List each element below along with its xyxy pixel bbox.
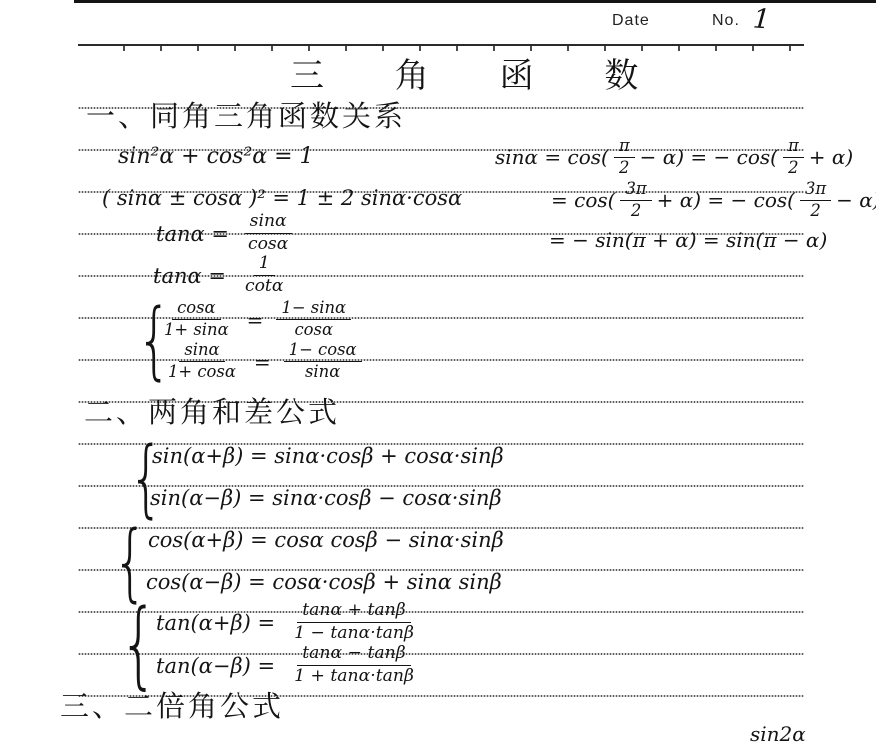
fraction-denominator: 1 + tanα·tanβ [289, 666, 419, 687]
formula-text: − α) [836, 188, 876, 212]
formula-cos-diff: cos(α−β) = cosα·cosβ + sinα sinβ [146, 570, 502, 594]
fraction-denominator: sinα [300, 362, 345, 382]
fraction-numerator: 1− cosα [284, 341, 362, 362]
formula-ratio-row1: cosα1+ sinα = 1− sinαcosα [154, 297, 356, 342]
fraction: 1cotα [240, 254, 289, 297]
fraction: tanα − tanβ1 + tanα·tanβ [289, 644, 419, 687]
fraction-numerator: tanα + tanβ [297, 601, 410, 623]
fraction: sinαcosα [243, 212, 293, 255]
formula-text: cos(α+β) = cosα cosβ − sinα·sinβ [148, 528, 504, 552]
date-label: Date [612, 12, 650, 30]
fraction-denominator: 2 [805, 201, 825, 221]
notebook-page: Date No. 1 三 角 函 数 一、同角三角函数关系 sin²α + co… [0, 0, 876, 745]
fraction-denominator: cosα [289, 320, 338, 340]
fraction-numerator: 1− sinα [276, 299, 351, 320]
formula-text: = − sin(π + α) = sin(π − α) [549, 228, 827, 252]
fraction-denominator: 2 [783, 158, 803, 178]
formula-tan-diff: tan(α−β) = tanα − tanβ1 + tanα·tanβ [156, 643, 424, 688]
formula-lhs: tan(α−β) = [156, 654, 275, 678]
fraction: π2 [783, 137, 804, 178]
formula-cofunction-row2: = cos( 3π2 + α) = − cos( 3π2 − α) [551, 182, 876, 218]
formula-text: sin(α−β) = sinα·cosβ − cosα·sinβ [150, 486, 502, 510]
fraction-numerator: 3π [800, 180, 831, 201]
formula-text: sinα = cos( [495, 145, 609, 169]
formula-text: ( sinα ± cosα )² = 1 ± 2 sinα·cosα [102, 186, 462, 210]
formula-double-angle-fragment: sin2α [750, 722, 806, 745]
fraction-denominator: 1 − tanα·tanβ [289, 623, 419, 644]
formula-ratio-row2: sinα1+ cosα = 1− cosαsinα [158, 339, 367, 384]
fraction-denominator: 1+ sinα [159, 320, 234, 340]
fraction: π2 [614, 137, 635, 178]
fraction-denominator: cotα [240, 276, 289, 297]
formula-cofunction-row1: sinα = cos( π2 − α) = − cos( π2 + α) [495, 139, 853, 175]
fraction: 1− sinαcosα [276, 299, 351, 340]
curly-brace-icon: { [119, 597, 157, 691]
formula-lhs: tan(α+β) = [156, 611, 275, 635]
fraction-numerator: sinα [245, 212, 292, 234]
fraction-denominator: 1+ cosα [163, 362, 241, 382]
fraction-numerator: tanα − tanβ [297, 644, 410, 666]
formula-text: sin²α + cos²α = 1 [118, 144, 314, 169]
equals-sign: = [254, 350, 271, 374]
formula-text: + α) = − cos( [657, 188, 795, 212]
fraction: 3π2 [620, 180, 651, 221]
formula-sin-diff: sin(α−β) = sinα·cosβ − cosα·sinβ [150, 486, 502, 510]
section3-heading: 三、二倍角公式 [60, 684, 284, 725]
formula-text: + α) [809, 145, 853, 169]
page-title: 三 角 函 数 [290, 48, 668, 97]
fraction-denominator: cosα [243, 234, 293, 255]
section1-heading: 一、同角三角函数关系 [86, 94, 406, 135]
formula-text: − α) = − cos( [640, 145, 778, 169]
page-top-edge-line [74, 0, 876, 3]
formula-text: = cos( [551, 188, 615, 212]
fraction-denominator: 2 [614, 158, 634, 178]
formula-tan-quotient: tanα = sinαcosα [156, 211, 298, 256]
formula-square-sum: ( sinα ± cosα )² = 1 ± 2 sinα·cosα [102, 186, 462, 210]
formula-cofunction-row3: = − sin(π + α) = sin(π − α) [549, 228, 827, 252]
page-number-value: 1 [752, 3, 771, 35]
fraction-numerator: π [614, 137, 635, 158]
formula-lhs: tanα = [156, 222, 229, 246]
formula-tan-sum: tan(α+β) = tanα + tanβ1 − tanα·tanβ [156, 600, 424, 645]
formula-pythagorean: sin²α + cos²α = 1 [118, 144, 314, 169]
fraction-denominator: 2 [626, 201, 646, 221]
formula-sin-sum: sin(α+β) = sinα·cosβ + cosα·sinβ [152, 444, 504, 468]
fraction: sinα1+ cosα [163, 341, 241, 382]
fraction: 3π2 [800, 180, 831, 221]
fraction-numerator: π [783, 137, 804, 158]
fraction-numerator: 3π [620, 180, 651, 201]
formula-text: sin2α [750, 722, 806, 745]
fraction-numerator: 1 [254, 254, 275, 276]
equals-sign: = [247, 308, 264, 332]
fraction-numerator: cosα [172, 299, 221, 320]
section2-heading: 二、两角和差公式 [84, 390, 340, 431]
fraction: tanα + tanβ1 − tanα·tanβ [289, 601, 419, 644]
formula-text: cos(α−β) = cosα·cosβ + sinα sinβ [146, 570, 502, 594]
fraction: cosα1+ sinα [159, 299, 234, 340]
page-no-label: No. [712, 12, 740, 30]
formula-tan-cot: tanα = 1cotα [153, 253, 293, 298]
formula-lhs: tanα = [153, 264, 226, 288]
fraction: 1− cosαsinα [284, 341, 362, 382]
fraction-numerator: sinα [179, 341, 224, 362]
formula-cos-sum: cos(α+β) = cosα cosβ − sinα·sinβ [148, 528, 504, 552]
formula-text: sin(α+β) = sinα·cosβ + cosα·sinβ [152, 444, 504, 468]
